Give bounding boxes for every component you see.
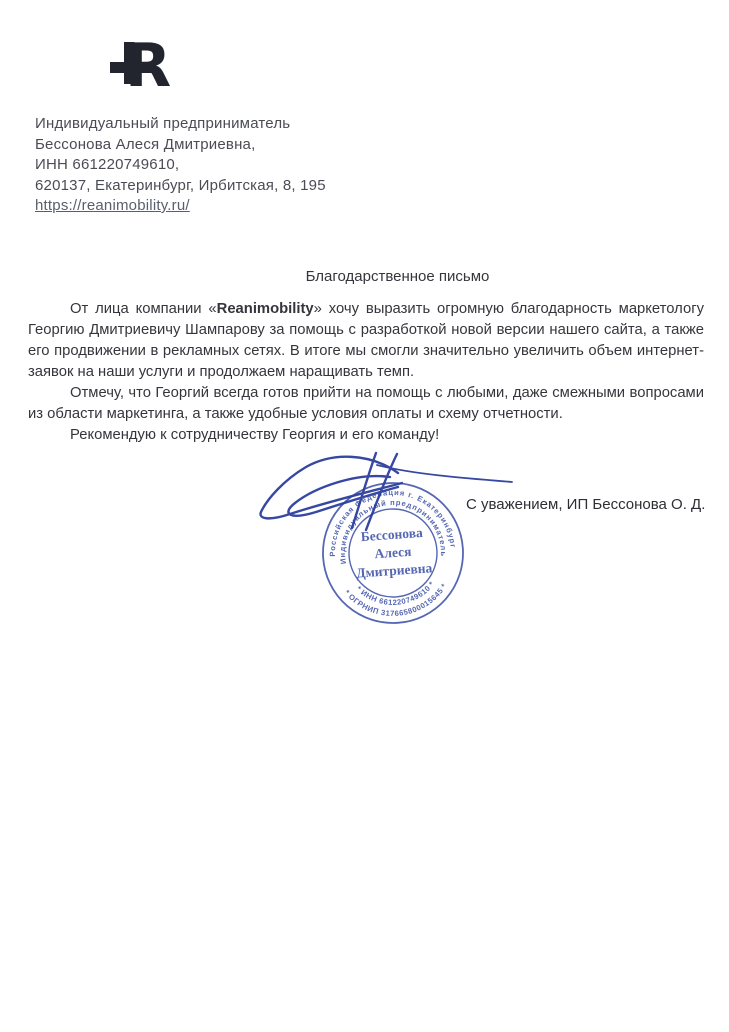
letter-page: R Индивидуальный предприниматель Бессоно… [0, 0, 729, 1032]
signoff-text: С уважением, ИП Бессонова О. Д. [466, 496, 705, 513]
website-link[interactable]: https://reanimobility.ru/ [35, 197, 190, 214]
round-stamp: Российская Федерация г. Екатеринбург Инд… [318, 478, 467, 627]
letter-title: Благодарственное письмо [0, 268, 729, 285]
letterhead: Индивидуальный предприниматель Бессонова… [35, 114, 326, 217]
handwritten-signature [261, 453, 512, 530]
body-paragraph-2: Отмечу, что Георгий всегда готов прийти … [28, 383, 704, 425]
letter-body: От лица компании «Reanimobility» хочу вы… [28, 299, 704, 446]
stamp-center-line-3: Дмитриевна [356, 560, 433, 580]
paragraph1-company-name: Reanimobility [217, 301, 314, 317]
body-paragraph-1: От лица компании «Reanimobility» хочу вы… [28, 299, 704, 383]
letterhead-line-inn: ИНН 661220749610, [35, 155, 326, 176]
letterhead-line-entity: Индивидуальный предприниматель [35, 114, 326, 135]
stamp-center-line-2: Алеся [374, 544, 412, 562]
stamp-and-signature: Российская Федерация г. Екатеринбург Инд… [240, 443, 540, 643]
reanimobility-plus-r-logo-icon: R [100, 34, 180, 98]
logo-letter: R [125, 34, 171, 98]
stamp-center-line-1: Бессонова [360, 525, 423, 544]
paragraph1-before: От лица компании « [70, 301, 217, 317]
letterhead-line-name: Бессонова Алеся Дмитриевна, [35, 135, 326, 156]
letterhead-line-address: 620137, Екатеринбург, Ирбитская, 8, 195 [35, 176, 326, 197]
